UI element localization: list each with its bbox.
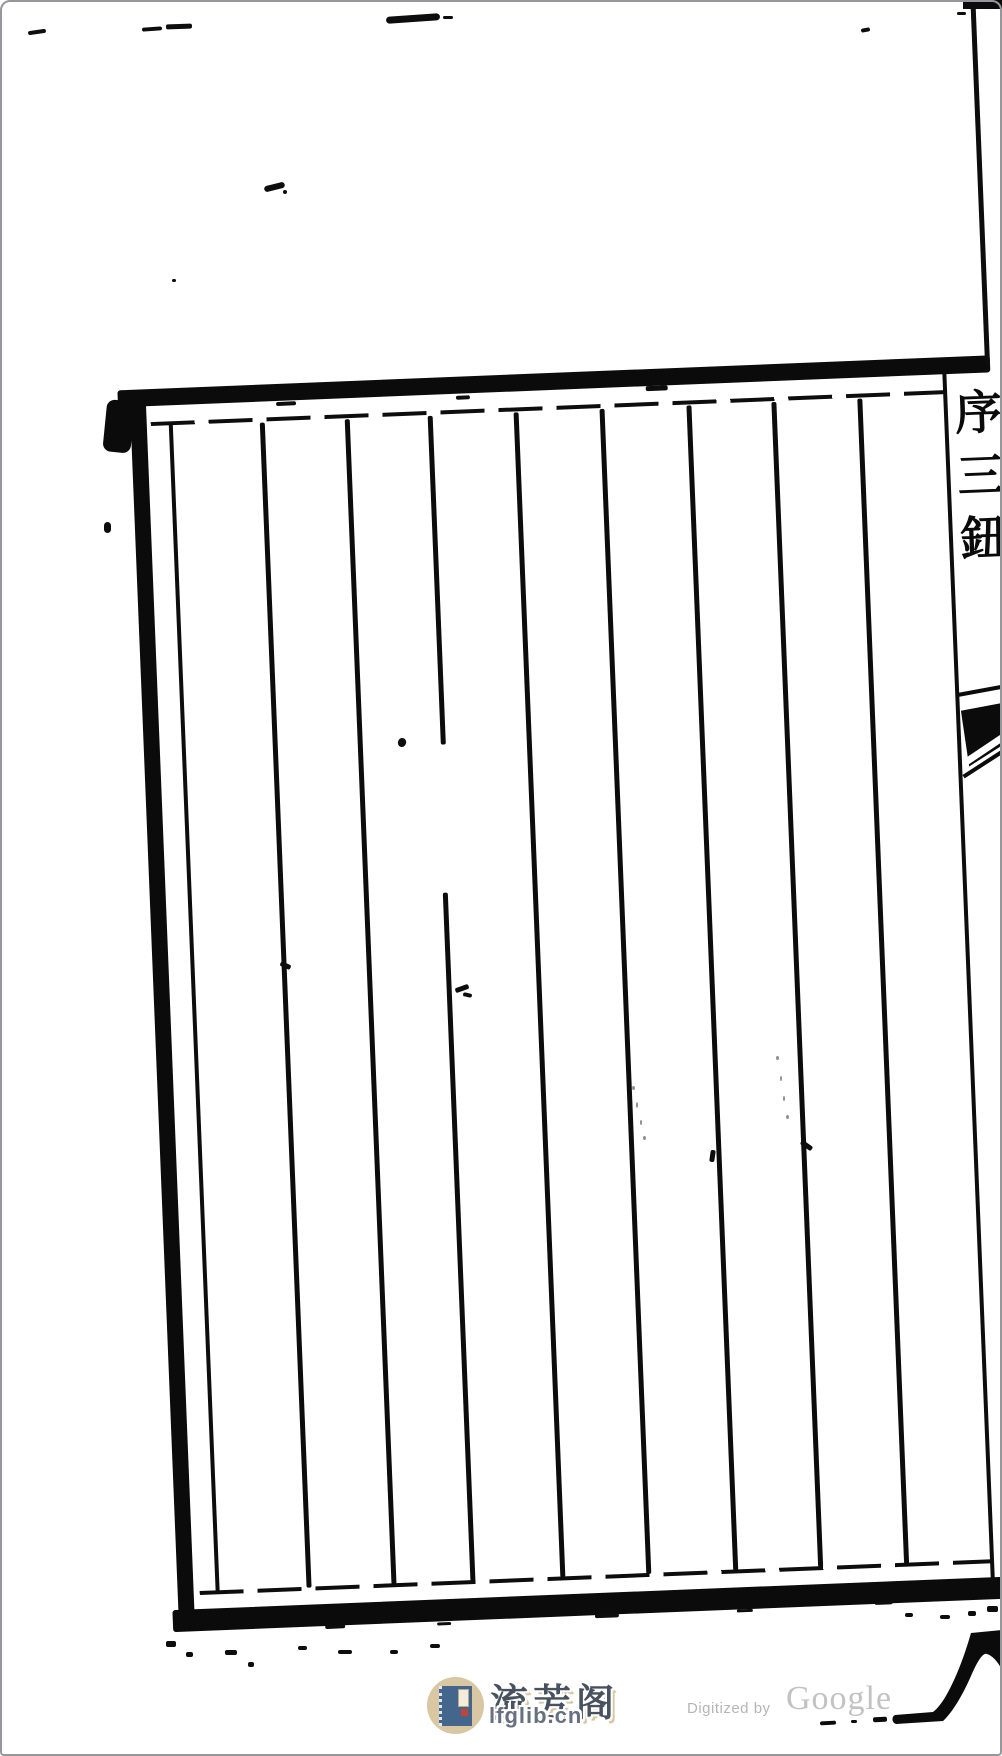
column-line <box>600 409 651 1574</box>
column-line-broken-upper <box>428 416 446 745</box>
column-line <box>260 423 311 1588</box>
ink-dot <box>172 279 176 282</box>
ink-dash <box>957 12 966 15</box>
ink-dash <box>142 26 162 31</box>
spine-char: 序 <box>954 380 1002 445</box>
watermark-site-url: lfglib.cn <box>489 1703 582 1729</box>
column-line <box>345 419 396 1584</box>
ink-dash <box>166 24 192 30</box>
page-frame: 序 三 鈕 <box>125 359 999 1631</box>
adjacent-page-edge-line <box>970 2 989 366</box>
watermark-badge <box>427 1677 484 1734</box>
spine-title-column: 序 三 鈕 <box>954 380 1002 571</box>
column-line <box>514 412 565 1577</box>
book-icon <box>439 1686 472 1726</box>
scanned-book-page: 序 三 鈕 <box>0 0 1002 1756</box>
top-right-edge-bar <box>963 0 1002 9</box>
fishtail-mark <box>954 677 1002 784</box>
book-label-icon <box>458 1689 469 1707</box>
ink-dash <box>443 16 453 19</box>
google-logo: Google <box>786 1680 892 1718</box>
ink-dot <box>283 190 287 194</box>
spine-char: 三 <box>956 443 1002 508</box>
spine-column-line <box>857 399 908 1564</box>
spine-char-partial: 鈕 <box>959 506 1002 571</box>
ink-dot <box>104 522 111 533</box>
ink-dash <box>861 27 871 33</box>
column-line <box>686 405 737 1570</box>
seal-icon <box>461 1709 468 1716</box>
ink-dash <box>386 13 440 24</box>
corner-ink-blob <box>102 399 135 454</box>
column-line <box>771 402 822 1567</box>
digitized-by-text: Digitized by <box>687 1700 771 1717</box>
ink-dash <box>28 29 46 35</box>
frame-border-left <box>130 397 195 1622</box>
